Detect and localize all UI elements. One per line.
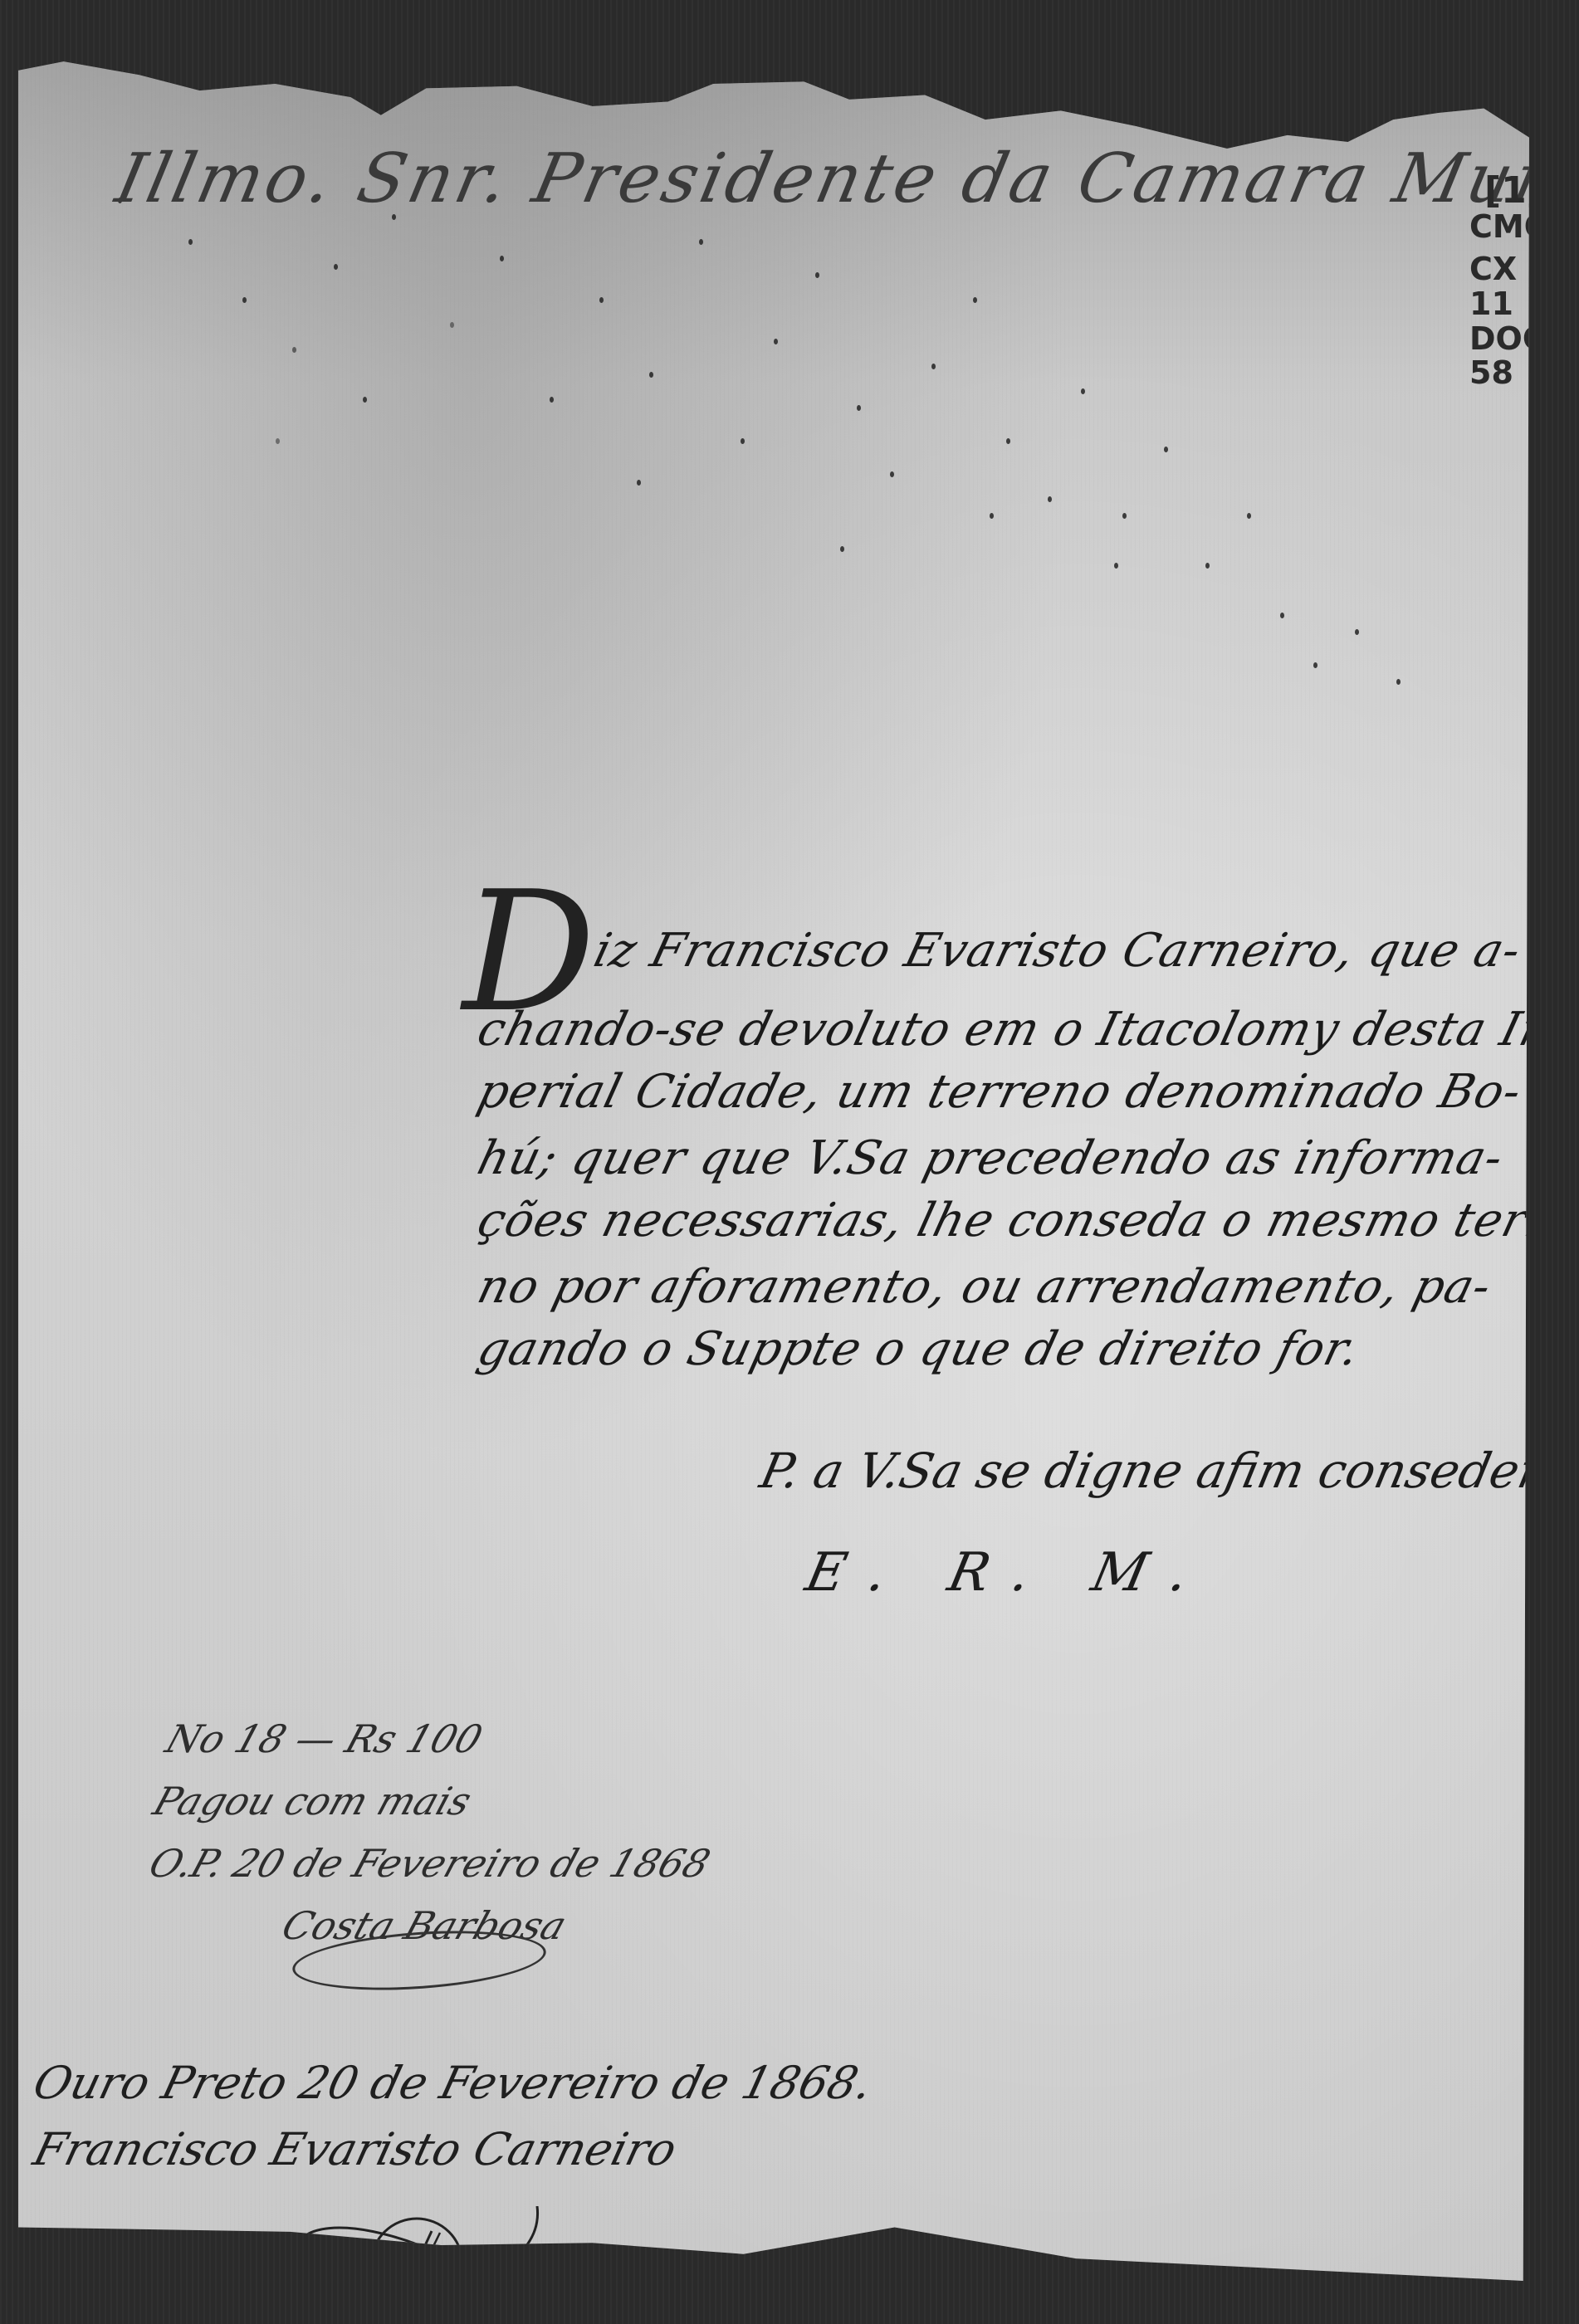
body-line-6: no por aforamento, ou arrendamento, pa- — [472, 1260, 1497, 1314]
closing-formula: E. R. M. — [800, 1542, 1217, 1604]
body-line-5: ções necessarias, lhe conseda o mesmo te… — [472, 1194, 1579, 1247]
body-line-2: chando-se devoluto em o Itacolomy desta … — [472, 1003, 1579, 1057]
closing-request: P. a V.Sa se digne afim conseder. — [755, 1443, 1558, 1499]
place-date-line: Ouro Preto 20 de Fevereiro de 1868. — [28, 2057, 877, 2109]
annotation-line-3: O.P. 20 de Fevereiro de 1868 — [144, 1841, 716, 1886]
body-line-3: perial Cidade, um terreno denominado Bo- — [472, 1065, 1528, 1119]
body-line-1: iz Francisco Evaristo Carneiro, que a- — [589, 924, 1527, 978]
annotation-line-1: No 18 — Rs 100 — [160, 1716, 488, 1761]
body-line-7: gando o Suppte o que de direito for. — [472, 1322, 1366, 1376]
annotation-line-2: Pagou com mais — [148, 1779, 477, 1824]
petitioner-signature: Francisco Evaristo Carneiro — [28, 2123, 682, 2175]
paper-sheet: Illmo. Snr. Presidente da Camara Municip… — [18, 48, 1529, 2281]
salutation-header: Illmo. Snr. Presidente da Camara Municip… — [110, 139, 1579, 218]
body-line-4: hú; quer que V.Sa precedendo as informa- — [472, 1131, 1509, 1185]
